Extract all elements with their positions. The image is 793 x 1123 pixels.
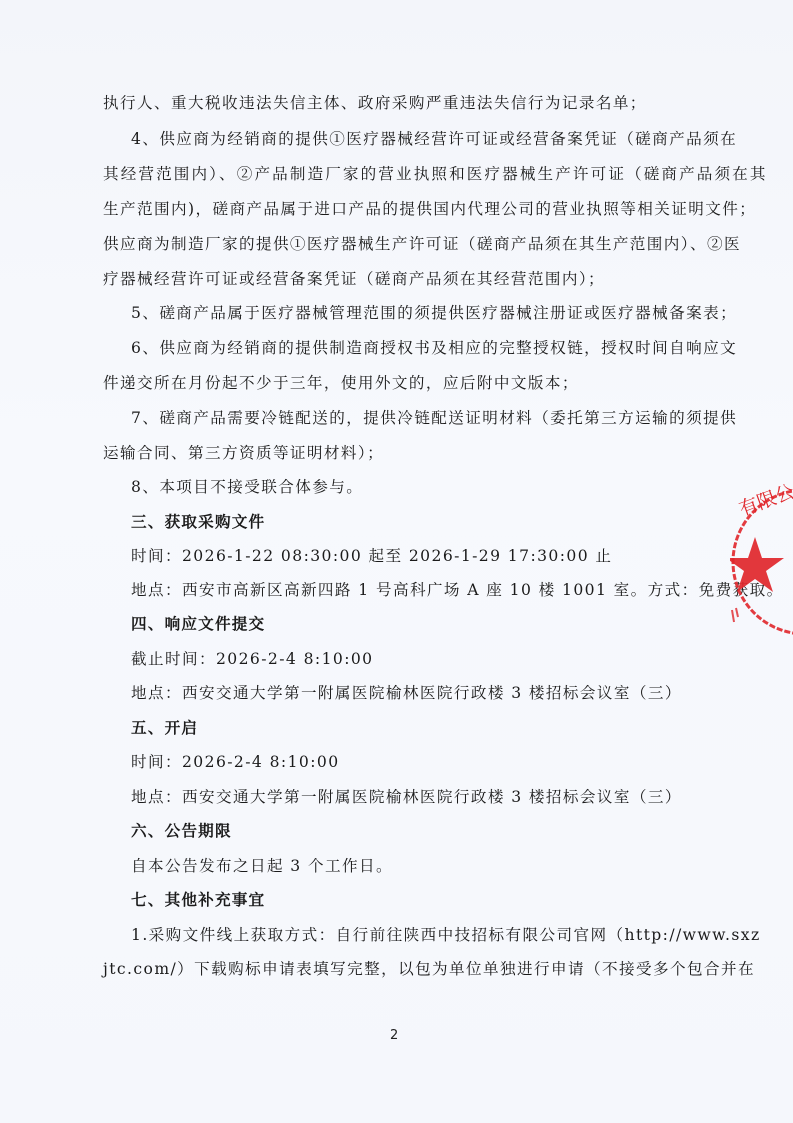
list-item-4: 4、供应商为经销商的提供①医疗器械经营许可证或经营备案凭证（磋商产品须在 <box>131 129 703 149</box>
obtain-time: 时间：2026-1-22 08:30:00 起至 2026-1-29 17:30… <box>131 546 703 566</box>
section-heading-obtain-documents: 三、获取采购文件 <box>131 512 703 532</box>
other-matters-item-1: 1.采购文件线上获取方式：自行前往陕西中技招标有限公司官网（http://www… <box>131 925 703 945</box>
company-seal-stamp: 有限公 <box>730 482 793 642</box>
section-heading-other-matters: 七、其他补充事宜 <box>131 890 703 910</box>
body-line: 件递交所在月份起不少于三年，使用外文的，应后附中文版本； <box>103 373 703 393</box>
body-line: 生产范围内)，磋商产品属于进口产品的提供国内代理公司的营业执照等相关证明文件； <box>103 199 703 219</box>
section-heading-submission: 四、响应文件提交 <box>131 614 703 634</box>
submission-deadline: 截止时间：2026-2-4 8:10:00 <box>131 649 703 669</box>
document-page: 执行人、重大税收违法失信主体、政府采购严重违法失信行为记录名单； 4、供应商为经… <box>0 0 793 1123</box>
body-line: 疗器械经营许可证或经营备案凭证（磋商产品须在其经营范围内）； <box>103 269 703 289</box>
list-item-6: 6、供应商为经销商的提供制造商授权书及相应的完整授权链，授权时间自响应文 <box>131 338 703 358</box>
submission-location: 地点：西安交通大学第一附属医院榆林医院行政楼 3 楼招标会议室（三） <box>131 683 703 703</box>
list-item-8: 8、本项目不接受联合体参与。 <box>131 477 703 497</box>
opening-location: 地点：西安交通大学第一附属医院榆林医院行政楼 3 楼招标会议室（三） <box>131 787 703 807</box>
notice-period: 自本公告发布之日起 3 个工作日。 <box>131 856 703 876</box>
body-line: 执行人、重大税收违法失信主体、政府采购严重违法失信行为记录名单； <box>103 93 703 113</box>
obtain-location: 地点：西安市高新区高新四路 1 号高科广场 A 座 10 楼 1001 室。方式… <box>131 580 703 600</box>
opening-time: 时间：2026-2-4 8:10:00 <box>131 752 703 772</box>
section-heading-opening: 五、开启 <box>131 718 703 738</box>
body-line: jtc.com/）下载购标申请表填写完整，以包为单位单独进行申请（不接受多个包合… <box>103 959 703 979</box>
body-line: 供应商为制造厂家的提供①医疗器械生产许可证（磋商产品须在其生产范围内）、②医 <box>103 234 703 254</box>
list-item-5: 5、磋商产品属于医疗器械管理范围的须提供医疗器械注册证或医疗器械备案表； <box>131 303 703 323</box>
section-heading-notice-period: 六、公告期限 <box>131 821 703 841</box>
seal-text: 有限公 <box>736 482 793 521</box>
page-number: 2 <box>390 1028 398 1043</box>
body-line: 其经营范围内）、②产品制造厂家的营业执照和医疗器械生产许可证（磋商产品须在其 <box>103 164 703 184</box>
list-item-7: 7、磋商产品需要冷链配送的，提供冷链配送证明材料（委托第三方运输的须提供 <box>131 408 703 428</box>
body-line: 运输合同、第三方资质等证明材料）； <box>103 443 703 463</box>
